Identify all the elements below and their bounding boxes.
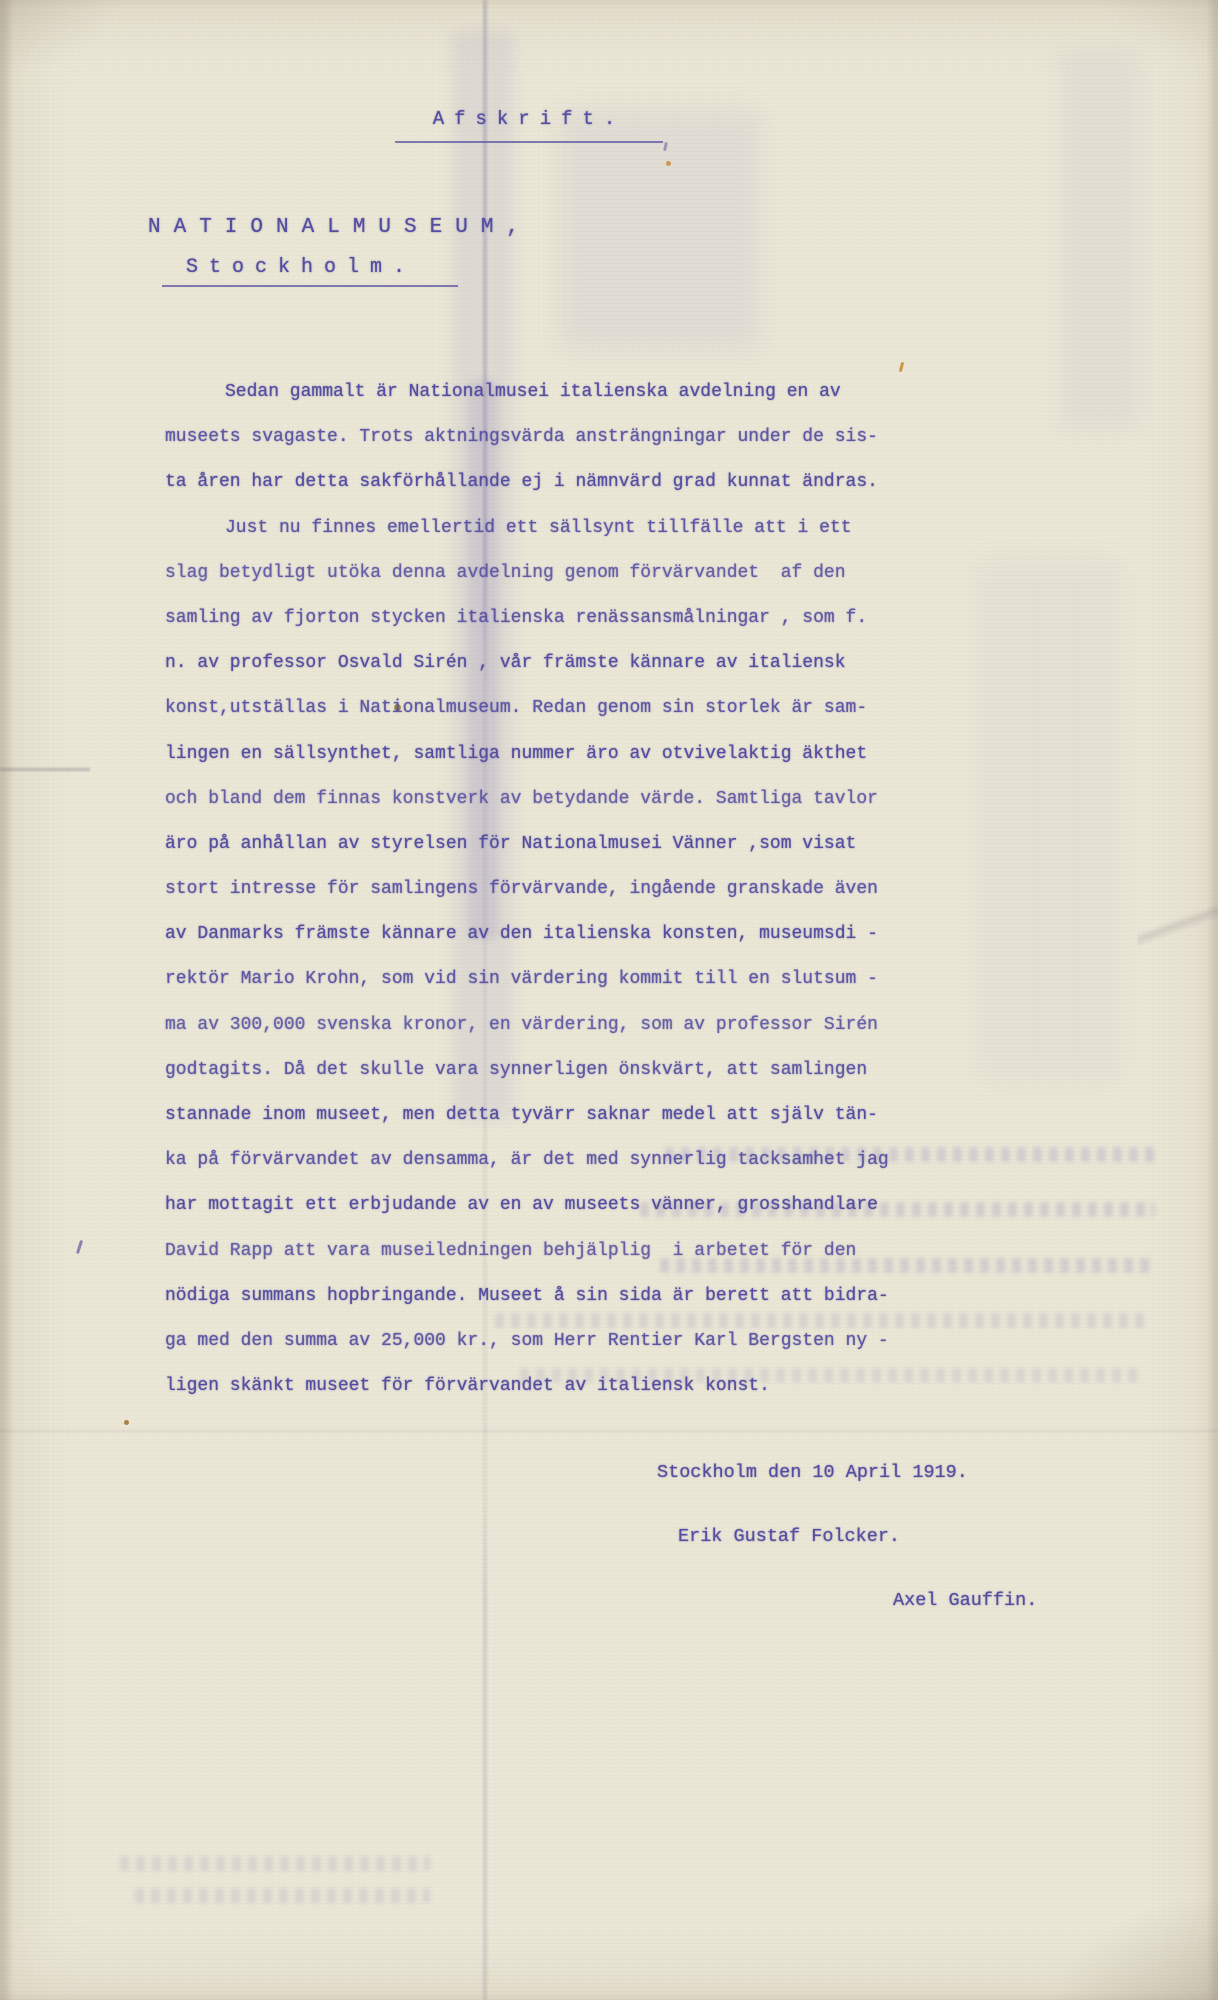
horizontal-fold-crease-upper (0, 768, 90, 771)
signature-erik-gustaf-folcker: Erik Gustaf Folcker. (678, 1526, 900, 1547)
body-line: nödiga summans hopbringande. Museet å si… (165, 1274, 925, 1319)
body-line: av Danmarks främste kännare av den itali… (165, 912, 925, 957)
paper-speck (666, 161, 671, 166)
body-line: lingen en sällsynthet, samtliga nummer ä… (165, 732, 925, 777)
horizontal-fold-crease-lower (0, 1430, 1218, 1432)
body-line: David Rapp att vara museiledningen behjä… (165, 1229, 925, 1274)
bleed-through-text-row (120, 1856, 430, 1871)
organization-city: Stockholm. (162, 256, 458, 287)
stray-ink-mark (76, 1240, 83, 1254)
body-line: ta åren har detta sakförhållande ej i nä… (165, 460, 925, 505)
ink-wash-top (560, 110, 760, 350)
ink-wash-top-right (1060, 50, 1140, 430)
scanned-letter-page: Afskrift. NATIONALMUSEUM, Stockholm. Sed… (0, 0, 1218, 2000)
body-line: godtagits. Då det skulle vara synnerlige… (165, 1048, 925, 1093)
closing-dateline: Stockholm den 10 April 1919. (657, 1462, 968, 1483)
body-line: Sedan gammalt är Nationalmusei italiensk… (165, 370, 925, 415)
body-line: slag betydligt utöka denna avdelning gen… (165, 551, 925, 596)
stray-ink-mark (663, 142, 668, 151)
organization-name: NATIONALMUSEUM, (148, 216, 532, 239)
body-line: har mottagit ett erbjudande av en av mus… (165, 1183, 925, 1228)
document-title: Afskrift. (395, 108, 663, 143)
body-line: stort intresse för samlingens förvärvand… (165, 867, 925, 912)
body-line: ga med den summa av 25,000 kr., som Herr… (165, 1319, 925, 1364)
right-edge-fold-shadow (1138, 905, 1218, 945)
body-line: museets svagaste. Trots aktningsvärda an… (165, 415, 925, 460)
body-line: stannade inom museet, men detta tyvärr s… (165, 1093, 925, 1138)
body-line: ma av 300,000 svenska kronor, en värderi… (165, 1003, 925, 1048)
ink-wash-right (980, 560, 1120, 1080)
body-line: ka på förvärvandet av densamma, är det m… (165, 1138, 925, 1183)
body-line: och bland dem finnas konstverk av betyda… (165, 777, 925, 822)
signature-axel-gauffin: Axel Gauffin. (893, 1590, 1037, 1611)
body-line: Just nu finnes emellertid ett sällsynt t… (165, 506, 925, 551)
body-line: n. av professor Osvald Sirén , vår främs… (165, 641, 925, 686)
paper-speck (124, 1420, 129, 1425)
body-line: rektör Mario Krohn, som vid sin värderin… (165, 957, 925, 1002)
body-line: äro på anhållan av styrelsen för Nationa… (165, 822, 925, 867)
body-line: samling av fjorton stycken italienska re… (165, 596, 925, 641)
bleed-through-text-row (135, 1888, 430, 1903)
body-line: ligen skänkt museet för förvärvandet av … (165, 1364, 925, 1409)
body-line: konst,utställas i Nationalmuseum. Redan … (165, 686, 925, 731)
letter-body: Sedan gammalt är Nationalmusei italiensk… (165, 370, 925, 1409)
